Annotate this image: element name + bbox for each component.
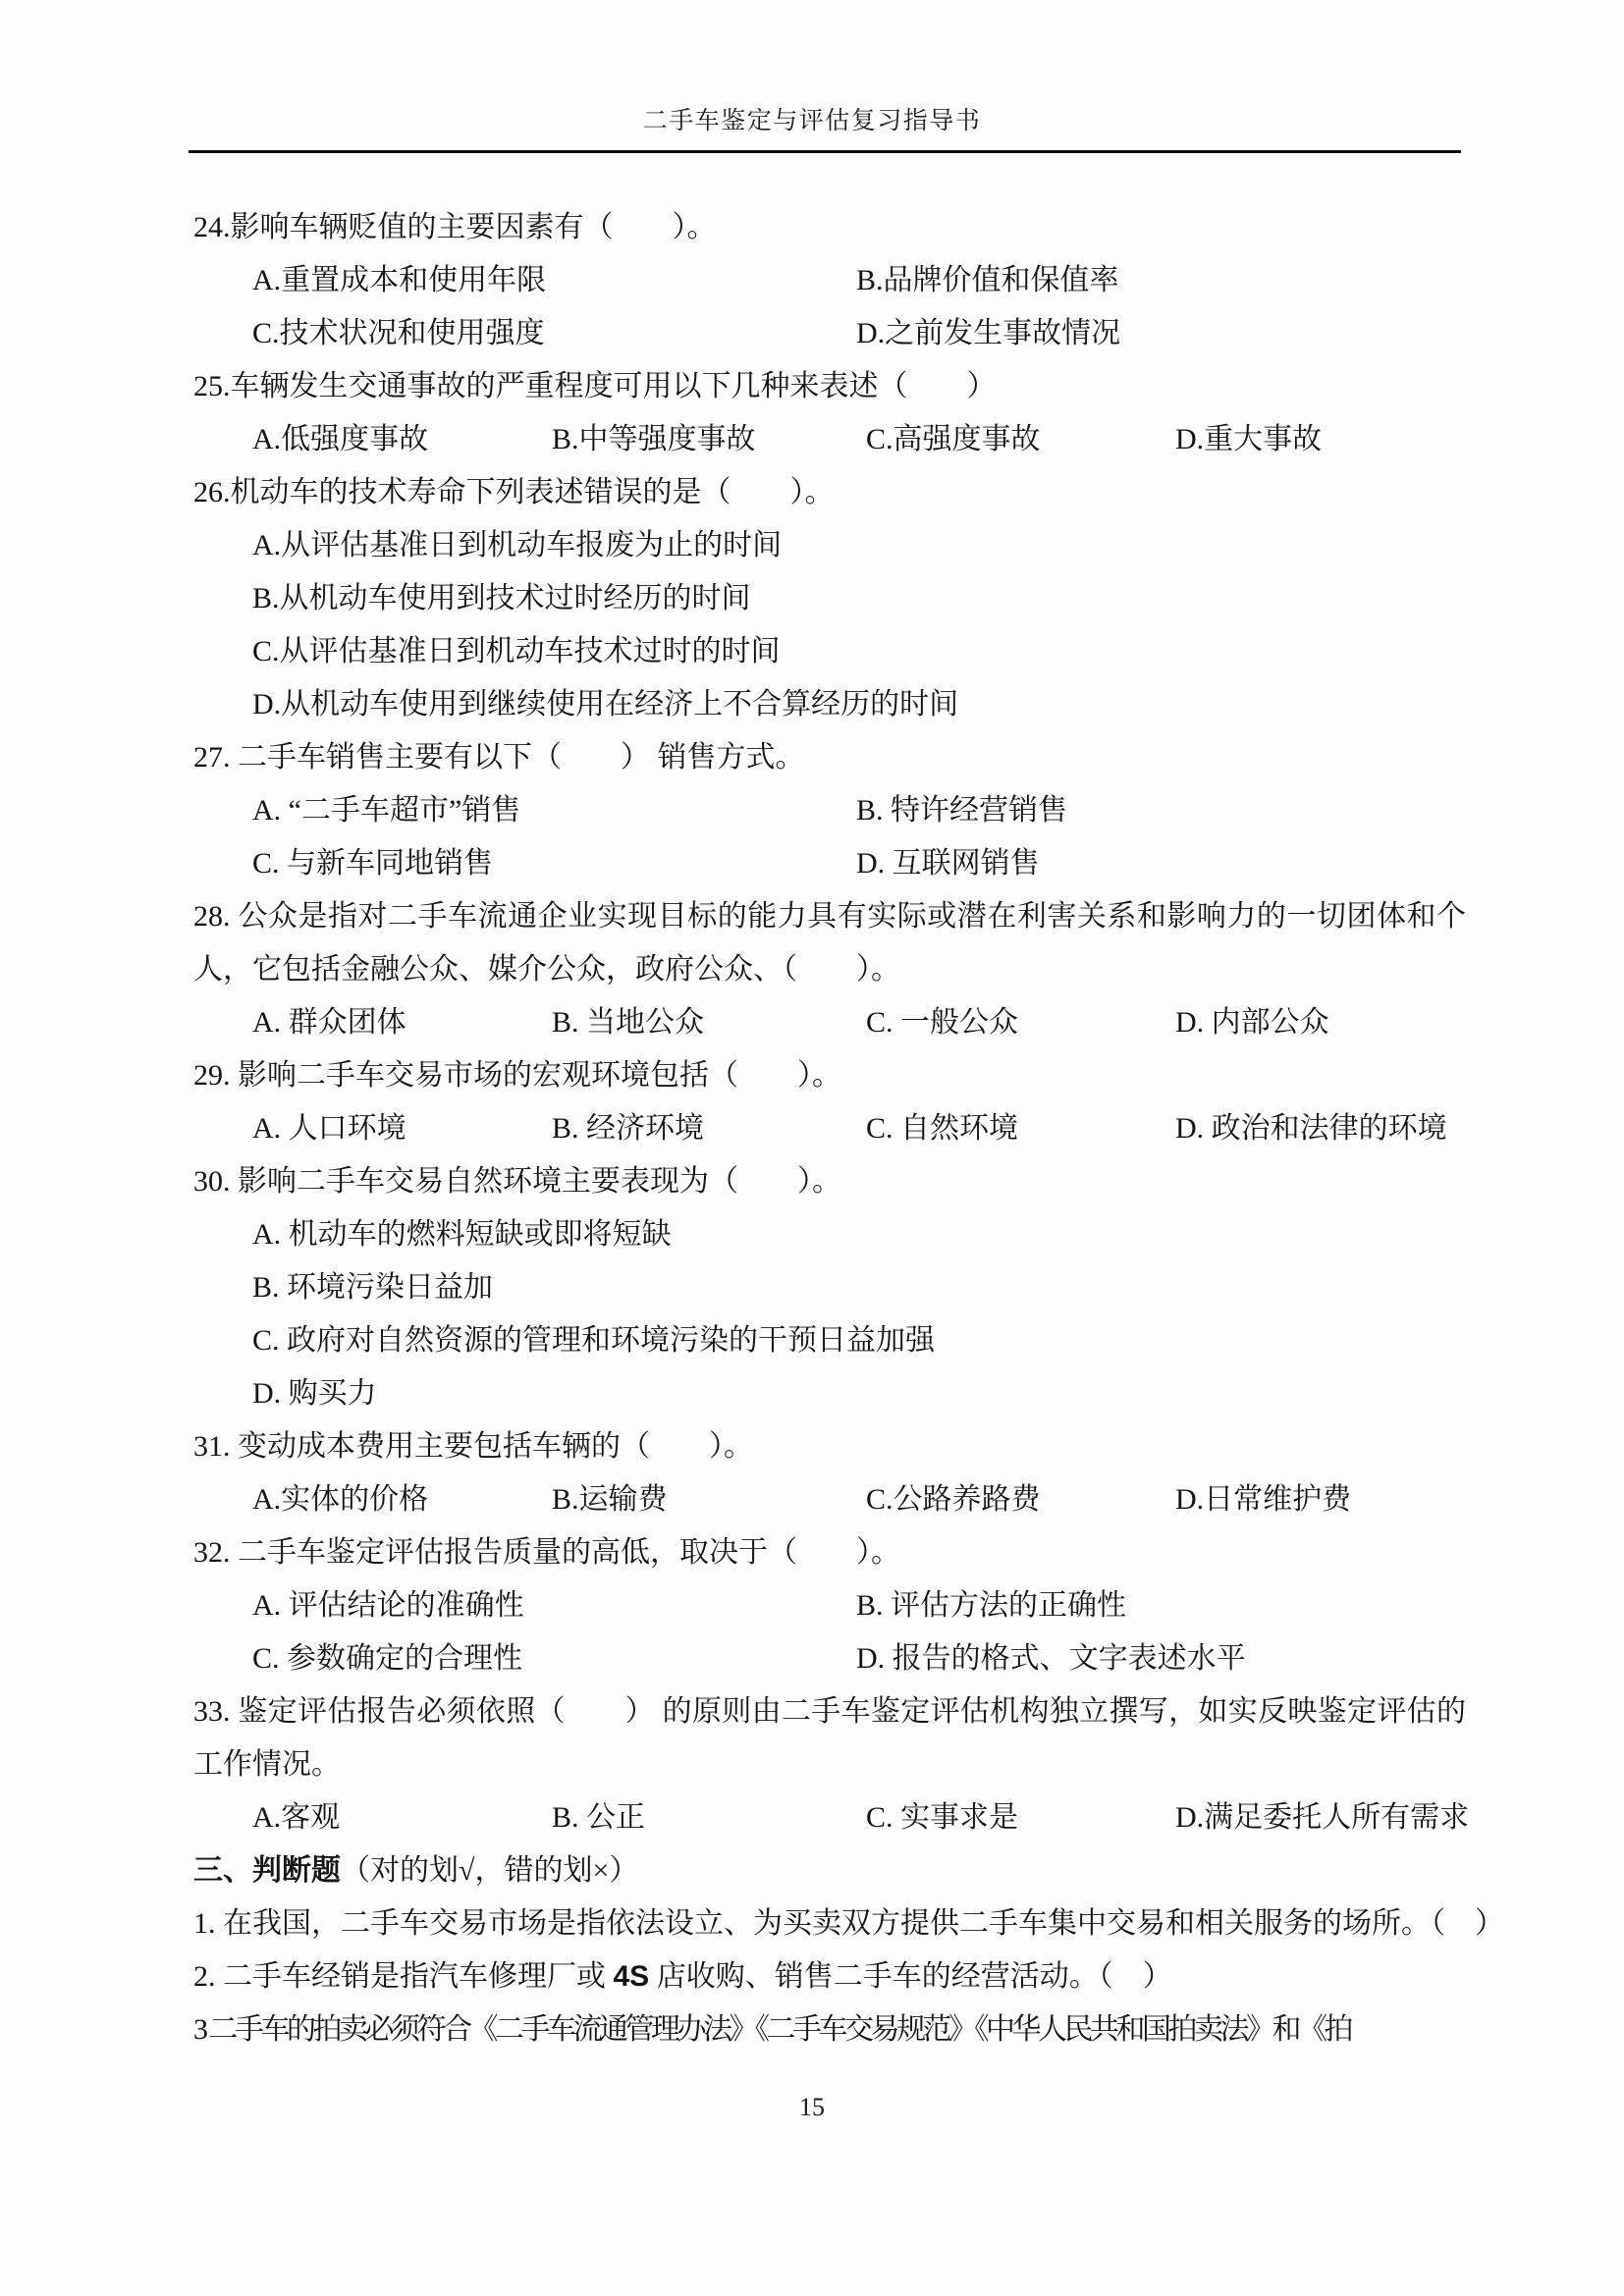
- question-stem-line1: 33. 鉴定评估报告必须依照（ ） 的原则由二手车鉴定评估机构独立撰写，如实反映…: [193, 1685, 1466, 1738]
- option-d: D.日常维护费: [1175, 1473, 1351, 1526]
- question-25: 25.车辆发生交通事故的严重程度可用以下几种来表述（ ） A.低强度事故 B.中…: [193, 360, 1466, 466]
- option-a: A. 评估结论的准确性: [252, 1579, 856, 1632]
- option-b: B. 当地公众: [552, 996, 866, 1049]
- judgment-heading: 三、判断题（对的划√，错的划×）: [193, 1844, 1466, 1897]
- option-c: C. 自然环境: [866, 1102, 1175, 1155]
- document-title: 二手车鉴定与评估复习指导书: [0, 102, 1624, 141]
- option-row: C.技术状况和使用强度 D.之前发生事故情况: [193, 307, 1466, 360]
- question-31: 31. 变动成本费用主要包括车辆的（ ）。 A.实体的价格 B.运输费 C.公路…: [193, 1420, 1466, 1526]
- question-33: 33. 鉴定评估报告必须依照（ ） 的原则由二手车鉴定评估机构独立撰写，如实反映…: [193, 1685, 1466, 1844]
- option-a: A. 群众团体: [252, 996, 552, 1049]
- option-d: D.满足委托人所有需求: [1175, 1791, 1469, 1844]
- question-28: 28. 公众是指对二手车流通企业实现目标的能力具有实际或潜在利害关系和影响力的一…: [193, 890, 1466, 1049]
- option-row: C. 参数确定的合理性 D. 报告的格式、文字表述水平: [193, 1632, 1466, 1685]
- option-row: A.重置成本和使用年限 B.品牌价值和保值率: [193, 254, 1466, 307]
- option-d: D.从机动车使用到继续使用在经济上不合算经历的时间: [193, 678, 1466, 731]
- option-b: B.从机动车使用到技术过时经历的时间: [193, 572, 1466, 625]
- option-c: C.高强度事故: [866, 413, 1175, 466]
- option-b: B. 特许经营销售: [856, 784, 1067, 837]
- option-c: C.公路养路费: [866, 1473, 1175, 1526]
- question-32: 32. 二手车鉴定评估报告质量的高低，取决于（ ）。 A. 评估结论的准确性 B…: [193, 1526, 1466, 1685]
- question-24: 24.影响车辆贬值的主要因素有（ ）。 A.重置成本和使用年限 B.品牌价值和保…: [193, 201, 1466, 360]
- question-30: 30. 影响二手车交易自然环境主要表现为（ ）。 A. 机动车的燃料短缺或即将短…: [193, 1155, 1466, 1420]
- option-d: D. 报告的格式、文字表述水平: [856, 1632, 1246, 1685]
- option-a: A. 人口环境: [252, 1102, 552, 1155]
- option-d: D. 内部公众: [1175, 996, 1329, 1049]
- option-d: D. 互联网销售: [856, 837, 1040, 890]
- option-c: C. 一般公众: [866, 996, 1175, 1049]
- option-d: D. 购买力: [193, 1367, 1466, 1420]
- question-stem: 29. 影响二手车交易市场的宏观环境包括（ ）。: [193, 1049, 1466, 1102]
- judgment-item-2: 2. 二手车经销是指汽车修理厂或 4S 店收购、销售二手车的经营活动。（ ）: [193, 1950, 1466, 2003]
- judgment-heading-title: 三、判断题: [193, 1854, 341, 1887]
- judgment-item-1: 1. 在我国，二手车交易市场是指依法设立、为买卖双方提供二手车集中交易和相关服务…: [193, 1897, 1466, 1950]
- option-a: A.实体的价格: [252, 1473, 552, 1526]
- option-row: A. 人口环境 B. 经济环境 C. 自然环境 D. 政治和法律的环境: [193, 1102, 1466, 1155]
- option-c: C. 政府对自然资源的管理和环境污染的干预日益加强: [193, 1314, 1466, 1367]
- option-b: B. 评估方法的正确性: [856, 1579, 1126, 1632]
- judgment-heading-note: （对的划√，错的划×）: [341, 1854, 638, 1887]
- question-stem: 30. 影响二手车交易自然环境主要表现为（ ）。: [193, 1155, 1466, 1208]
- question-stem: 24.影响车辆贬值的主要因素有（ ）。: [193, 201, 1466, 254]
- option-row: A.客观 B. 公正 C. 实事求是 D.满足委托人所有需求: [193, 1791, 1466, 1844]
- question-26: 26.机动车的技术寿命下列表述错误的是（ ）。 A.从评估基准日到机动车报废为止…: [193, 466, 1466, 731]
- question-29: 29. 影响二手车交易市场的宏观环境包括（ ）。 A. 人口环境 B. 经济环境…: [193, 1049, 1466, 1155]
- option-c: C. 实事求是: [866, 1791, 1175, 1844]
- option-a: A. “二手车超市”销售: [252, 784, 856, 837]
- option-d: D.之前发生事故情况: [856, 307, 1120, 360]
- option-a: A. 机动车的燃料短缺或即将短缺: [193, 1208, 1466, 1261]
- option-row: A.实体的价格 B.运输费 C.公路养路费 D.日常维护费: [193, 1473, 1466, 1526]
- page-number: 15: [0, 2087, 1624, 2128]
- question-stem: 27. 二手车销售主要有以下（ ） 销售方式。: [193, 731, 1466, 784]
- option-a: A.重置成本和使用年限: [252, 254, 856, 307]
- question-stem-line2: 工作情况。: [193, 1738, 1466, 1791]
- question-27: 27. 二手车销售主要有以下（ ） 销售方式。 A. “二手车超市”销售 B. …: [193, 731, 1466, 890]
- header-rule: [189, 150, 1461, 153]
- option-b: B.品牌价值和保值率: [856, 254, 1119, 307]
- option-d: D. 政治和法律的环境: [1175, 1102, 1447, 1155]
- judgment-item-2-4s: 4S: [614, 1960, 650, 1993]
- option-c: C. 与新车同地销售: [252, 837, 856, 890]
- option-a: A.低强度事故: [252, 413, 552, 466]
- option-row: A. 群众团体 B. 当地公众 C. 一般公众 D. 内部公众: [193, 996, 1466, 1049]
- question-stem: 32. 二手车鉴定评估报告质量的高低，取决于（ ）。: [193, 1526, 1466, 1579]
- option-b: B. 环境污染日益加: [193, 1261, 1466, 1314]
- option-c: C.从评估基准日到机动车技术过时的时间: [193, 625, 1466, 678]
- option-row: A. “二手车超市”销售 B. 特许经营销售: [193, 784, 1466, 837]
- option-a: A.客观: [252, 1791, 552, 1844]
- option-b: B.中等强度事故: [552, 413, 866, 466]
- option-b: B.运输费: [552, 1473, 866, 1526]
- question-stem-line2: 人，它包括金融公众、媒介公众，政府公众、（ ）。: [193, 943, 1466, 996]
- question-stem: 26.机动车的技术寿命下列表述错误的是（ ）。: [193, 466, 1466, 519]
- document-page: 二手车鉴定与评估复习指导书 24.影响车辆贬值的主要因素有（ ）。 A.重置成本…: [0, 0, 1624, 2296]
- option-a: A.从评估基准日到机动车报废为止的时间: [193, 519, 1466, 572]
- option-row: A.低强度事故 B.中等强度事故 C.高强度事故 D.重大事故: [193, 413, 1466, 466]
- option-row: A. 评估结论的准确性 B. 评估方法的正确性: [193, 1579, 1466, 1632]
- option-d: D.重大事故: [1175, 413, 1322, 466]
- judgment-item-3: 3 二手车的拍卖必须符合《二手车流通管理办法》《二手车交易规范》《中华人民共和国…: [193, 2003, 1466, 2056]
- question-stem: 25.车辆发生交通事故的严重程度可用以下几种来表述（ ）: [193, 360, 1466, 413]
- judgment-section: 三、判断题（对的划√，错的划×） 1. 在我国，二手车交易市场是指依法设立、为买…: [193, 1844, 1466, 2056]
- question-stem: 31. 变动成本费用主要包括车辆的（ ）。: [193, 1420, 1466, 1473]
- option-c: C. 参数确定的合理性: [252, 1632, 856, 1685]
- judgment-item-2-text: 2. 二手车经销是指汽车修理厂或: [193, 1960, 614, 1993]
- questions-content: 24.影响车辆贬值的主要因素有（ ）。 A.重置成本和使用年限 B.品牌价值和保…: [193, 201, 1466, 2056]
- option-b: B. 公正: [552, 1791, 866, 1844]
- question-stem-line1: 28. 公众是指对二手车流通企业实现目标的能力具有实际或潜在利害关系和影响力的一…: [193, 890, 1466, 943]
- judgment-item-2-text-end: 店收购、销售二手车的经营活动。（ ）: [649, 1960, 1172, 1993]
- option-row: C. 与新车同地销售 D. 互联网销售: [193, 837, 1466, 890]
- option-c: C.技术状况和使用强度: [252, 307, 856, 360]
- option-b: B. 经济环境: [552, 1102, 866, 1155]
